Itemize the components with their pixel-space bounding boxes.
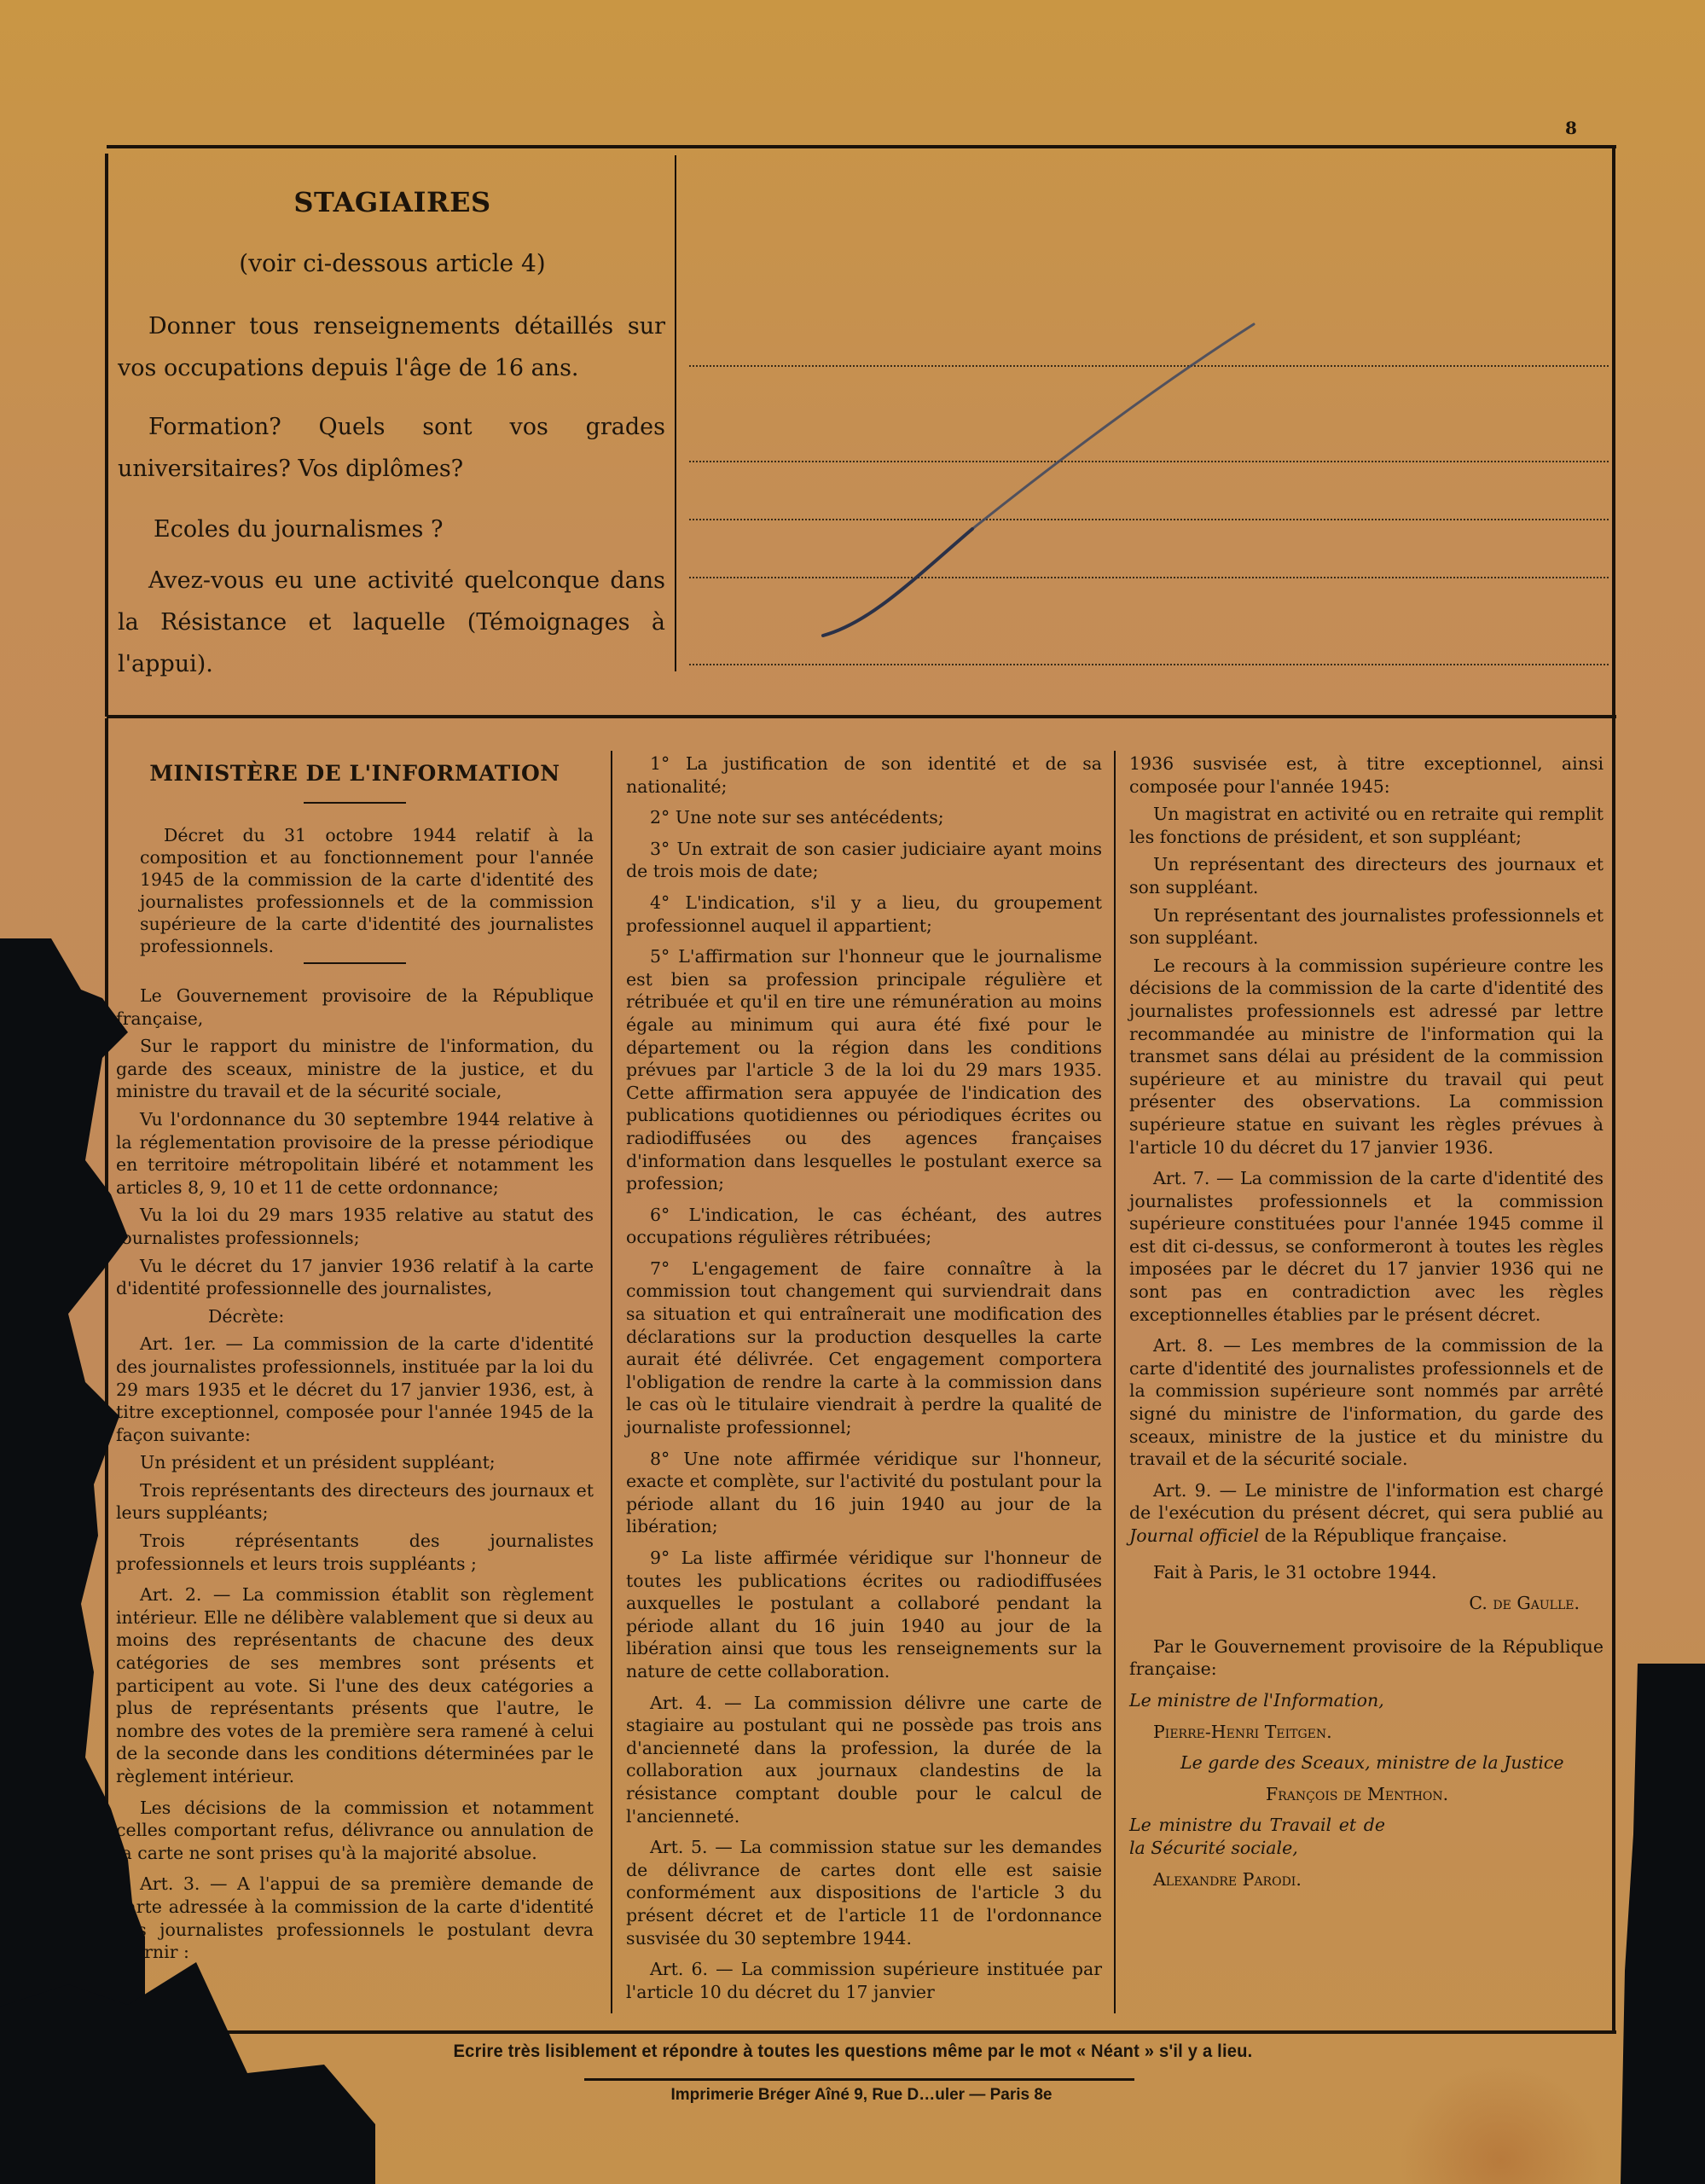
signature-block: Fait à Paris, le 31 octobre 1944. C. de …: [1129, 1561, 1604, 1891]
article-8: Art. 8. — Les membres de la commission d…: [1129, 1334, 1604, 1471]
column-2: 1° La justification de son identité et d…: [626, 752, 1102, 2008]
bottom-border: [107, 2030, 1616, 2034]
article-4: Art. 4. — La commission délivre une cart…: [626, 1692, 1102, 1828]
column-1: MINISTÈRE DE L'INFORMATION Décret du 31 …: [116, 752, 594, 1969]
torn-corner-bottom-left: [0, 1962, 375, 2184]
preamble-paragraph: Vu l'ordonnance du 30 septembre 1944 rel…: [116, 1108, 594, 1199]
article-6-recours: Le recours à la commission supérieure co…: [1129, 955, 1604, 1159]
art3-item: 3° Un extrait de son casier judiciaire a…: [626, 838, 1102, 883]
minister-title: Le ministre de l'Information,: [1129, 1689, 1604, 1712]
article-5: Art. 5. — La commission statue sur les d…: [626, 1836, 1102, 1949]
printer-rule: [584, 2078, 1134, 2081]
question-occupations: Donner tous renseignements détaillés sur…: [118, 305, 665, 389]
preamble-paragraph: Sur le rapport du ministre de l'informat…: [116, 1035, 594, 1103]
member-item: Un représentant des journalistes profess…: [1129, 904, 1604, 950]
art3-item: 8° Une note affirmée véridique sur l'hon…: [626, 1448, 1102, 1538]
article-1: Art. 1er. — La commission de la carte d'…: [116, 1333, 594, 1446]
footer-instruction: Ecrire très lisiblement et répondre à to…: [198, 2042, 1508, 2062]
document-page: 8 STAGIAIRES (voir ci-dessous article 4)…: [0, 0, 1705, 2184]
ministry-title: MINISTÈRE DE L'INFORMATION: [116, 761, 594, 787]
box-left-border: [105, 154, 108, 717]
section-divider: [107, 715, 1616, 718]
art3-item: 7° L'engagement de faire connaître à la …: [626, 1258, 1102, 1439]
minister-title: Le ministre du Travail et de la Sécurité…: [1129, 1814, 1385, 1859]
stagiaires-subtitle: (voir ci-dessous article 4): [111, 249, 674, 277]
short-rule: [304, 962, 406, 964]
art3-item: 1° La justification de son identité et d…: [626, 752, 1102, 798]
article-9: Art. 9. — Le ministre de l'information e…: [1129, 1479, 1604, 1548]
column-divider: [611, 751, 612, 2013]
pen-stroke-mark: [802, 307, 1279, 648]
minister-name: François de Menthon.: [1129, 1783, 1604, 1806]
stagiaires-title: STAGIAIRES: [111, 186, 674, 218]
preamble-paragraph: Le Gouvernement provisoire de la Républi…: [116, 985, 594, 1030]
minister-name: Alexandre Parodi.: [1129, 1868, 1604, 1891]
member-item: Un représentant des directeurs des journ…: [1129, 853, 1604, 898]
art3-item: 5° L'affirmation sur l'honneur que le jo…: [626, 945, 1102, 1195]
torn-edge-right: [1621, 1664, 1705, 2184]
top-border: [107, 145, 1616, 148]
preamble-paragraph: Vu le décret du 17 janvier 1936 relatif …: [116, 1255, 594, 1300]
box-right-border: [1612, 145, 1615, 725]
decrete-label: Décrète:: [116, 1305, 594, 1328]
signatory-de-gaulle: C. de Gaulle.: [1129, 1592, 1604, 1615]
member-item: Trois réprésentants des journalistes pro…: [116, 1530, 594, 1575]
article-7: Art. 7. — La commission de la carte d'id…: [1129, 1167, 1604, 1326]
short-rule: [304, 802, 406, 804]
member-item: Trois représentants des directeurs des j…: [116, 1479, 594, 1525]
column-3: 1936 susvisée est, à titre exceptionnel,…: [1129, 752, 1604, 1899]
art3-item: 4° L'indication, s'il y a lieu, du group…: [626, 892, 1102, 937]
article-3: Art. 3. — A l'appui de sa première deman…: [116, 1873, 594, 1963]
article-2-decisions: Les décisions de la commission et notamm…: [116, 1797, 594, 1865]
article-6: Art. 6. — La commission supérieure insti…: [626, 1958, 1102, 2003]
par-le-gouvernement: Par le Gouvernement provisoire de la Rép…: [1129, 1635, 1604, 1681]
question-ecoles: Ecoles du journalismes ?: [118, 508, 665, 550]
member-item: Un président et un président suppléant;: [116, 1451, 594, 1474]
question-resistance: Avez-vous eu une activité quelconque dan…: [118, 560, 665, 685]
box-divider: [675, 155, 676, 671]
minister-title: Le garde des Sceaux, ministre de la Just…: [1129, 1751, 1604, 1774]
answer-line[interactable]: [689, 664, 1609, 665]
page-number: 8: [1565, 118, 1577, 138]
article-6-continued: 1936 susvisée est, à titre exceptionnel,…: [1129, 752, 1604, 798]
preamble-paragraph: Vu la loi du 29 mars 1935 relative au st…: [116, 1204, 594, 1249]
art3-item: 9° La liste affirmée véridique sur l'hon…: [626, 1547, 1102, 1683]
lower-right-border: [1612, 718, 1615, 2032]
decree-heading: Décret du 31 octobre 1944 relatif à la c…: [116, 824, 594, 957]
water-stain: [1399, 2065, 1604, 2184]
column-divider: [1114, 751, 1116, 2013]
printer-credit: Imprimerie Bréger Aîné 9, Rue D…uler — P…: [580, 2086, 1143, 2105]
fait-a-paris: Fait à Paris, le 31 octobre 1944.: [1129, 1561, 1604, 1584]
article-2: Art. 2. — La commission établit son règl…: [116, 1583, 594, 1787]
art3-item: 2° Une note sur ses antécédents;: [626, 806, 1102, 829]
member-item: Un magistrat en activité ou en retraite …: [1129, 803, 1604, 848]
minister-name: Pierre-Henri Teitgen.: [1129, 1721, 1604, 1744]
art3-item: 6° L'indication, le cas échéant, des aut…: [626, 1204, 1102, 1249]
question-formation: Formation? Quels sont vos grades univers…: [118, 406, 665, 490]
